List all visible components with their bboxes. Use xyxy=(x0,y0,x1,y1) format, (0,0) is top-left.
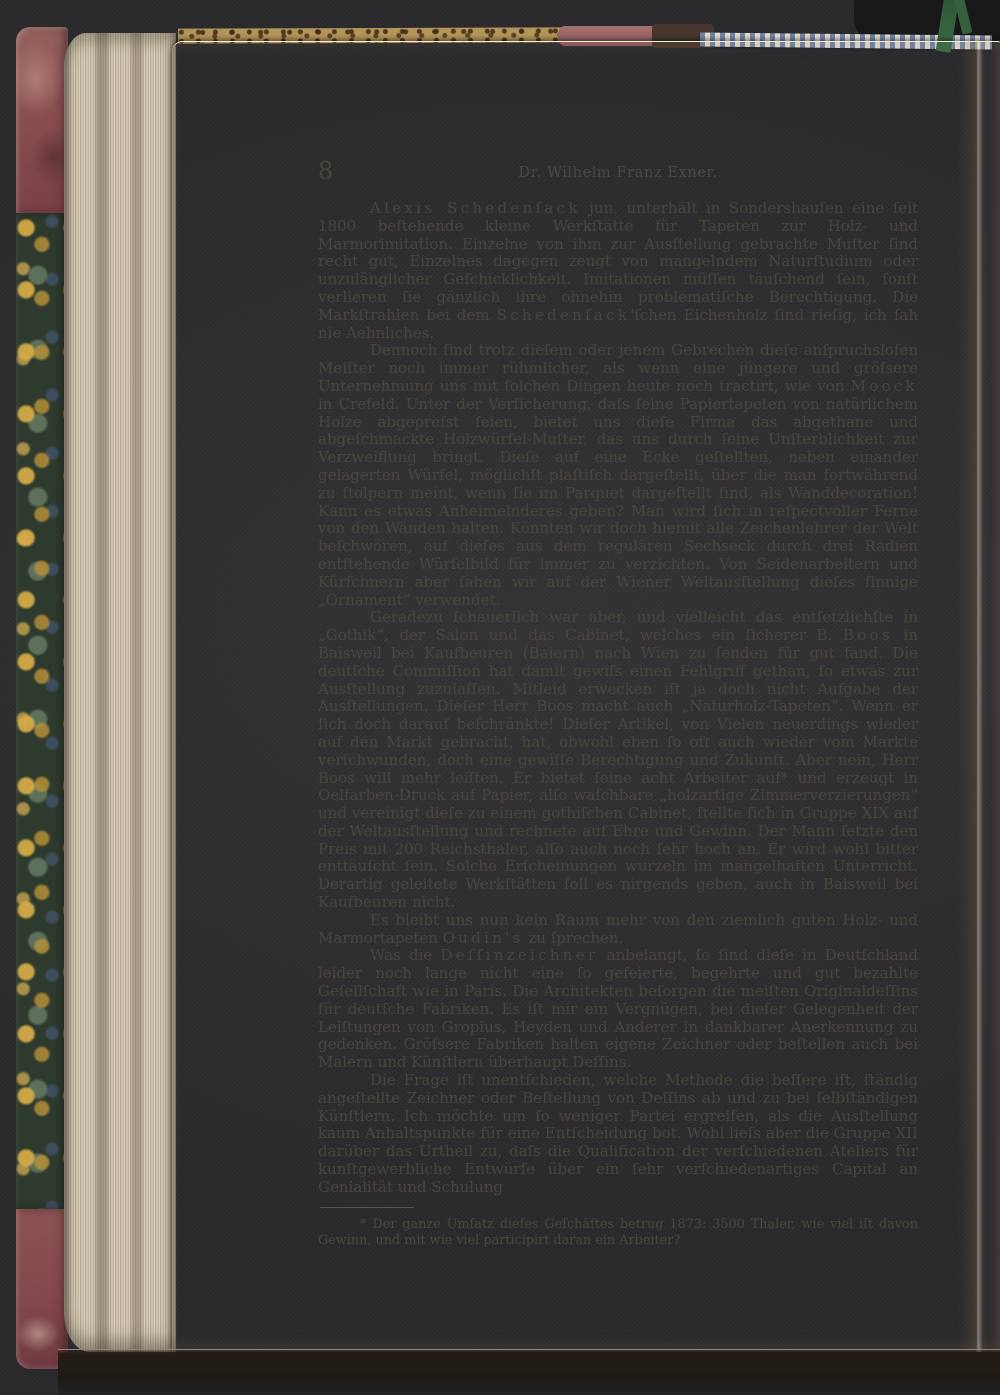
book-cover-leather-top-corner xyxy=(16,27,68,213)
footnote-text: * Der ganze Umſatz dieſes Geſchäftes bet… xyxy=(318,1217,918,1250)
footnote: * Der ganze Umſatz dieſes Geſchäftes bet… xyxy=(318,1207,918,1250)
running-header: Dr. Wilhelm Franz Exner. xyxy=(318,158,918,181)
paragraph: Alexis Schedenſack jun. unterhält in Son… xyxy=(318,200,918,342)
page-header: 8 Dr. Wilhelm Franz Exner. xyxy=(318,158,918,200)
page-stack-fore-edge xyxy=(64,33,176,1352)
paragraph: Geradezu ſchauerlich war aber, und viell… xyxy=(318,609,918,912)
page-number: 8 xyxy=(318,158,333,184)
footnote-rule xyxy=(320,1207,414,1208)
paragraph: Was die Deſſinzeichner anbelangt, ſo ſin… xyxy=(318,947,918,1072)
bottom-board-shadow xyxy=(58,1349,1000,1395)
paragraph: Es bleibt uns nun kein Raum mehr von den… xyxy=(318,912,918,948)
book-cover-leather-bottom-corner xyxy=(16,1209,68,1369)
gutter-crease xyxy=(958,42,990,1352)
printed-text-block: 8 Dr. Wilhelm Franz Exner. Alexis Schede… xyxy=(318,158,918,1249)
paragraph: Die Frage iſt unentſchieden, welche Meth… xyxy=(318,1072,918,1197)
paragraph: Dennoch ſind trotz dieſem oder jenem Geb… xyxy=(318,342,918,609)
book-cover-marbled-board xyxy=(16,213,68,1209)
body-text: Alexis Schedenſack jun. unterhält in Son… xyxy=(318,200,918,1197)
book-scan: 8 Dr. Wilhelm Franz Exner. Alexis Schede… xyxy=(0,0,1000,1395)
book-page: 8 Dr. Wilhelm Franz Exner. Alexis Schede… xyxy=(172,41,1000,1352)
